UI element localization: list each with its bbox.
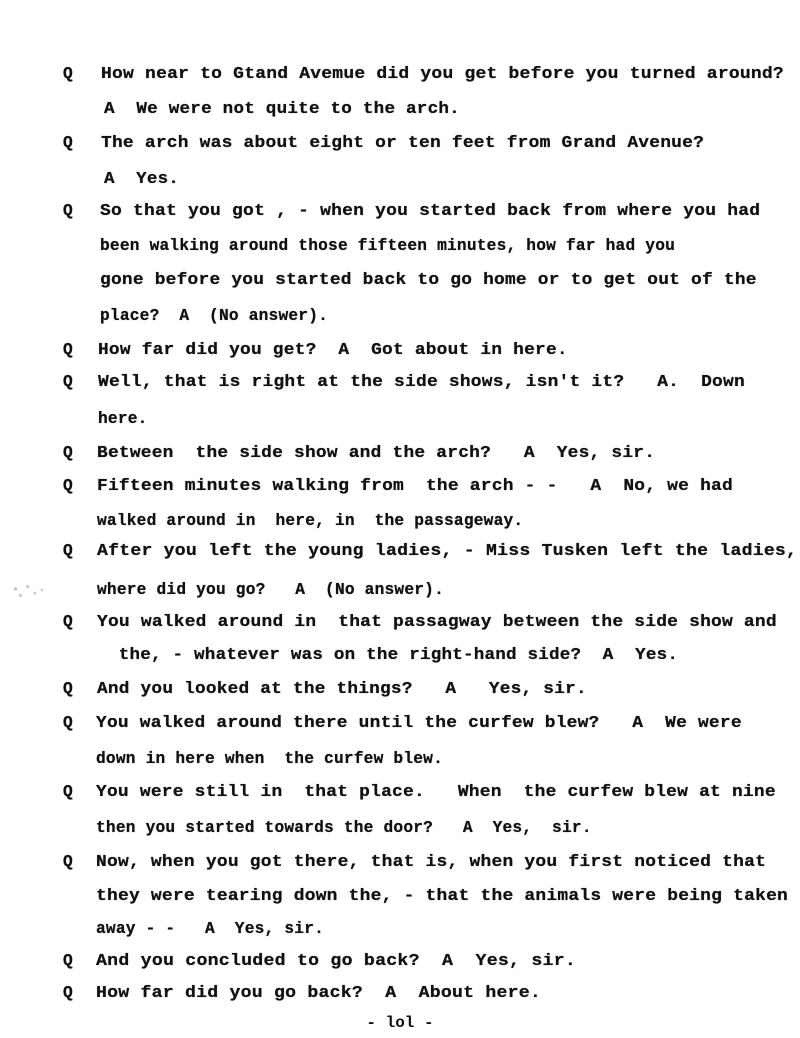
transcript-line: down in here when the curfew blew. bbox=[96, 749, 443, 769]
transcript-line: How near to Gtand Avemue did you get bef… bbox=[101, 64, 784, 84]
transcript-line: where did you go? A (No answer). bbox=[97, 580, 444, 600]
speaker-marker: Q bbox=[63, 372, 73, 392]
transcript-line: gone before you started back to go home … bbox=[100, 270, 757, 290]
speaker-marker: Q bbox=[63, 541, 73, 561]
transcript-line: After you left the young ladies, - Miss … bbox=[97, 541, 797, 561]
speaker-marker: Q bbox=[63, 679, 73, 699]
speaker-marker: Q bbox=[63, 713, 73, 733]
speaker-marker: Q bbox=[63, 612, 73, 632]
transcript-line: And you looked at the things? A Yes, sir… bbox=[97, 679, 587, 699]
transcript-line: they were tearing down the, - that the a… bbox=[96, 886, 788, 906]
speaker-marker: Q bbox=[63, 64, 73, 84]
transcript-line: the, - whatever was on the right-hand si… bbox=[108, 645, 678, 665]
transcript-page: QHow near to Gtand Avemue did you get be… bbox=[0, 0, 800, 1038]
transcript-line: You walked around there until the curfew… bbox=[96, 713, 742, 733]
scan-smudge bbox=[6, 580, 54, 602]
transcript-line: A We were not quite to the arch. bbox=[104, 99, 460, 119]
transcript-line: then you started towards the door? A Yes… bbox=[96, 818, 592, 838]
transcript-line: here. bbox=[98, 409, 148, 429]
transcript-line: A Yes. bbox=[104, 169, 179, 189]
speaker-marker: Q bbox=[63, 133, 73, 153]
transcript-line: Well, that is right at the side shows, i… bbox=[98, 372, 745, 392]
speaker-marker: Q bbox=[63, 852, 73, 872]
speaker-marker: Q bbox=[63, 443, 73, 463]
transcript-line: place? A (No answer). bbox=[100, 306, 328, 326]
transcript-line: walked around in here, in the passageway… bbox=[97, 511, 523, 531]
transcript-line: You were still in that place. When the c… bbox=[96, 782, 776, 802]
transcript-line: Now, when you got there, that is, when y… bbox=[96, 852, 766, 872]
transcript-line: Fifteen minutes walking from the arch - … bbox=[97, 476, 733, 496]
transcript-line: Between the side show and the arch? A Ye… bbox=[97, 443, 655, 463]
transcript-line: The arch was about eight or ten feet fro… bbox=[101, 133, 704, 153]
page-number: - lol - bbox=[0, 1013, 800, 1033]
speaker-marker: Q bbox=[63, 340, 73, 360]
transcript-line: How far did you go back? A About here. bbox=[96, 983, 541, 1003]
transcript-line: away - - A Yes, sir. bbox=[96, 919, 324, 939]
speaker-marker: Q bbox=[63, 782, 73, 802]
transcript-line: So that you got , - when you started bac… bbox=[100, 201, 760, 221]
transcript-line: How far did you get? A Got about in here… bbox=[98, 340, 568, 360]
speaker-marker: Q bbox=[63, 951, 73, 971]
speaker-marker: Q bbox=[63, 476, 73, 496]
transcript-line: You walked around in that passagway betw… bbox=[97, 612, 777, 632]
transcript-line: been walking around those fifteen minute… bbox=[100, 236, 675, 256]
transcript-line: And you concluded to go back? A Yes, sir… bbox=[96, 951, 576, 971]
speaker-marker: Q bbox=[63, 201, 73, 221]
speaker-marker: Q bbox=[63, 983, 73, 1003]
